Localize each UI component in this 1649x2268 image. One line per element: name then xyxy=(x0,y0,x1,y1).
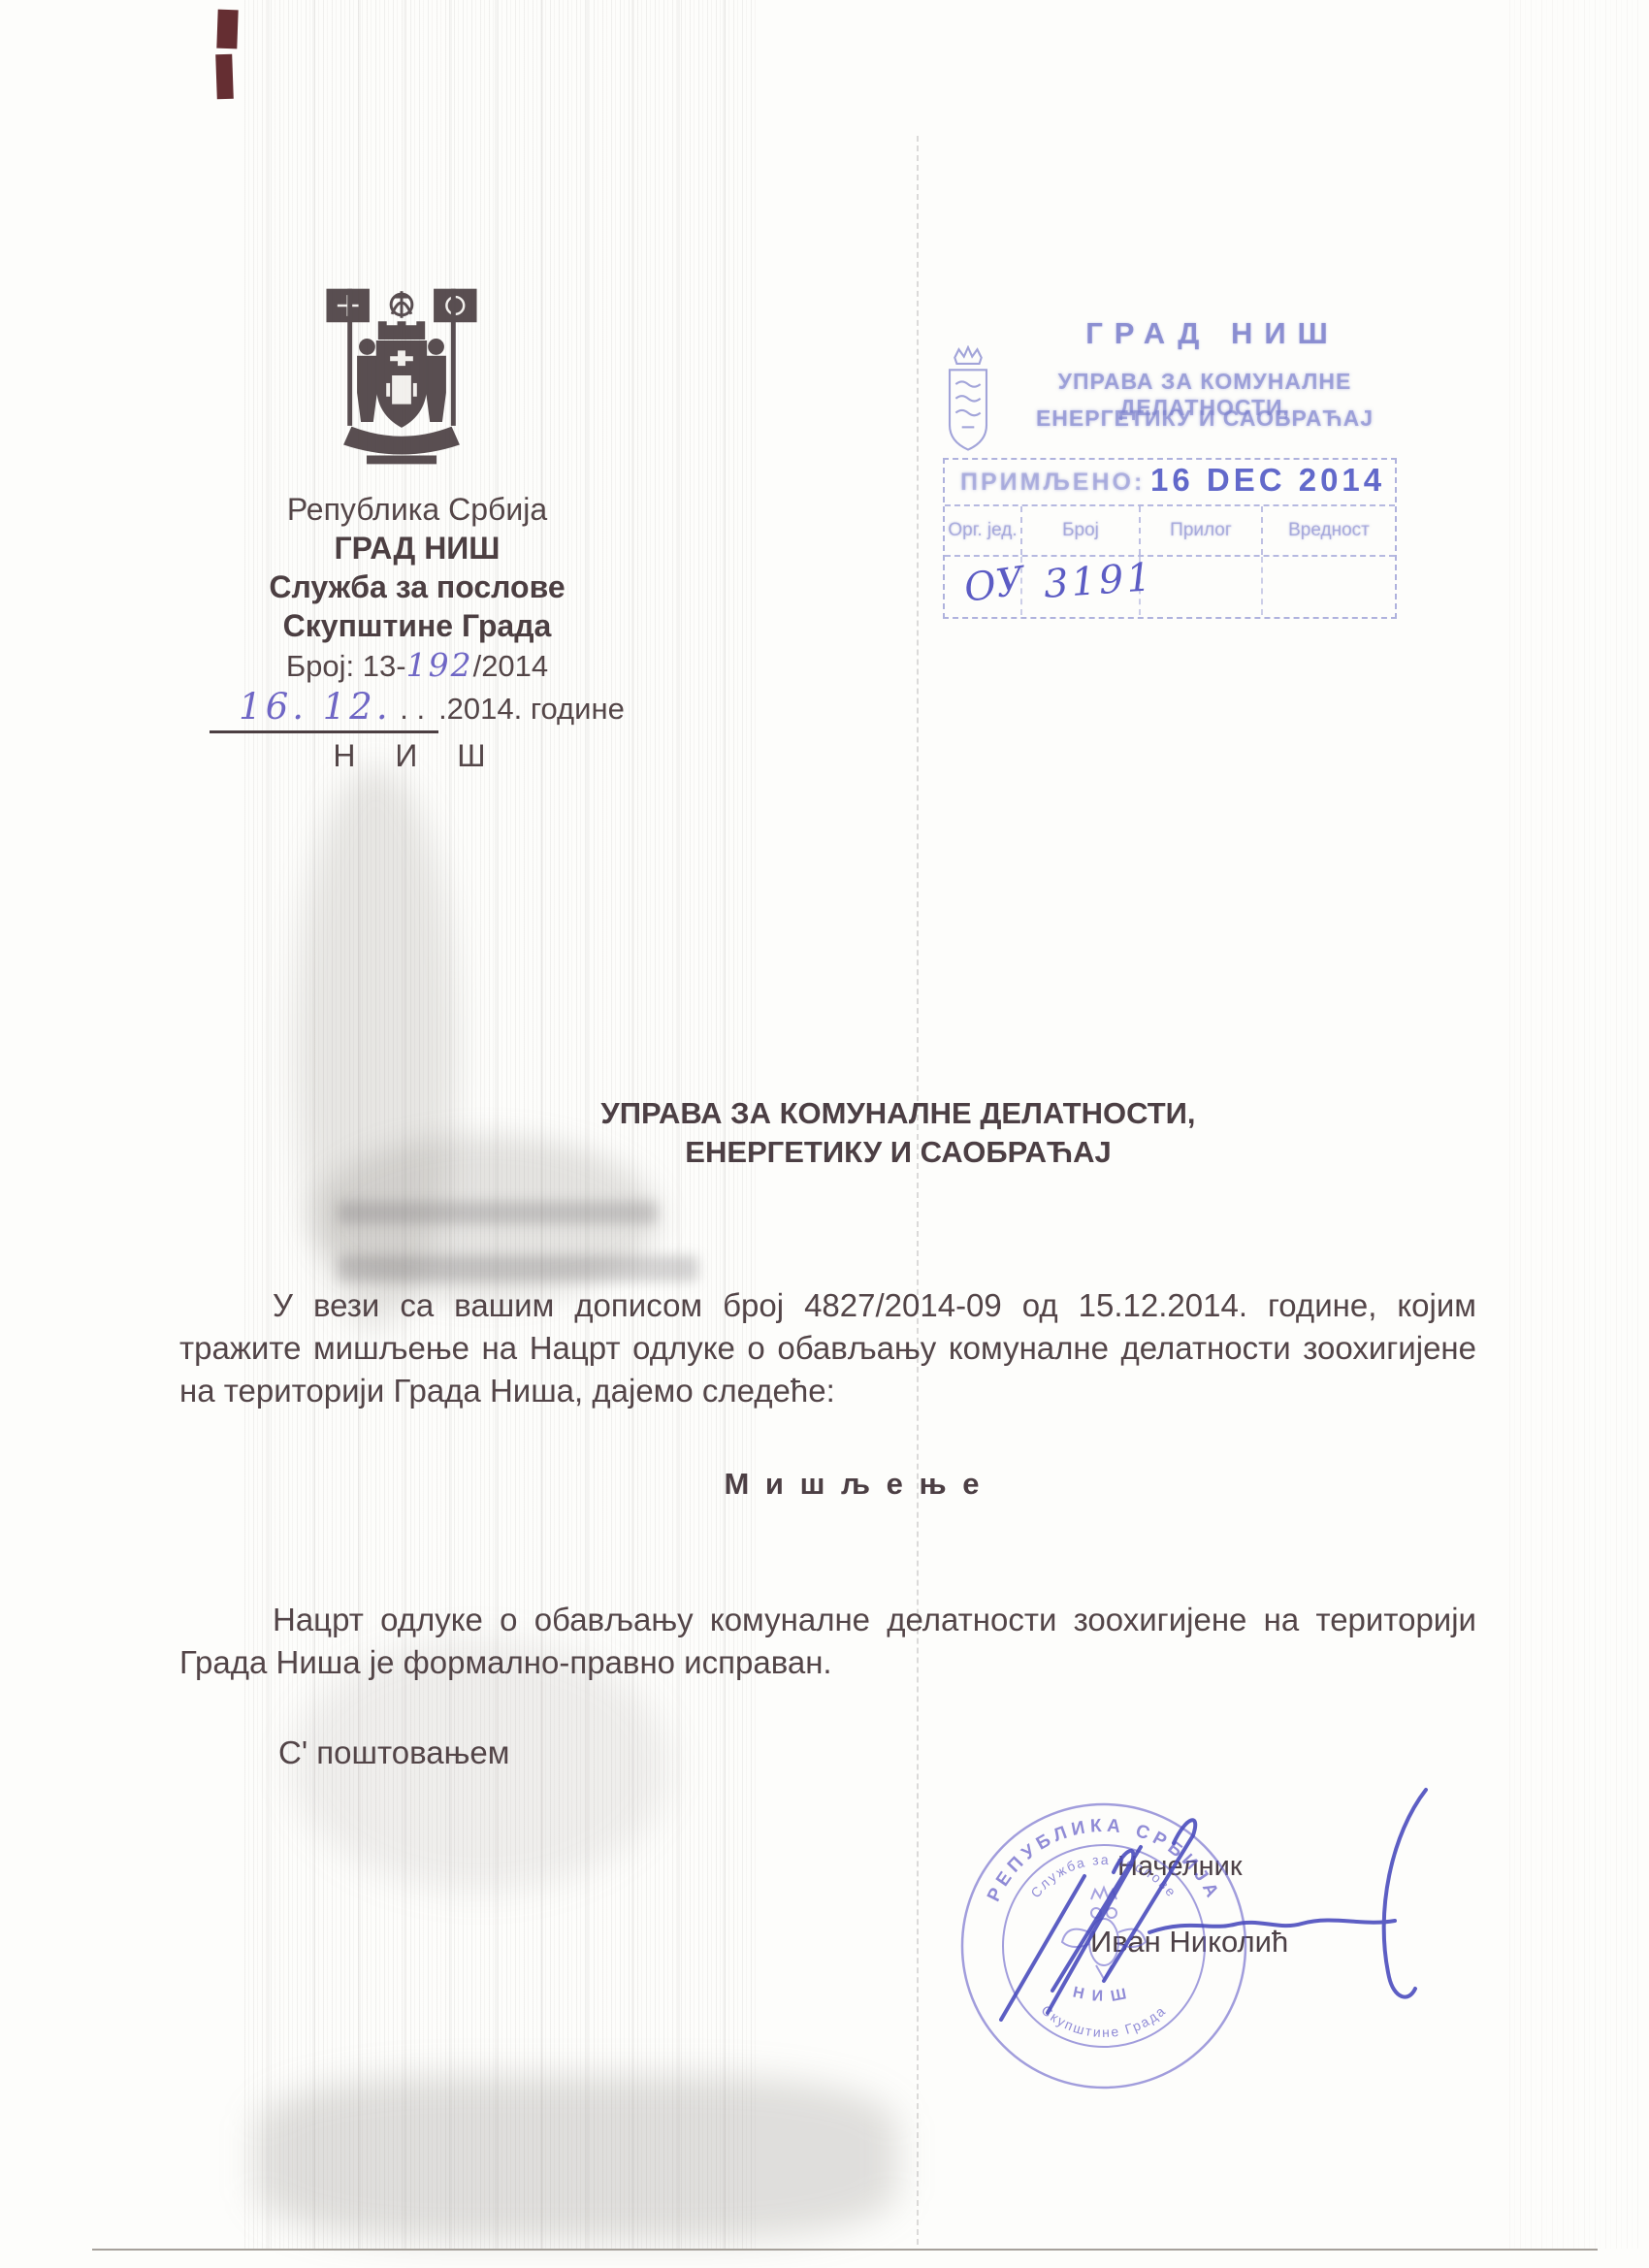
date-suffix: .2014. године xyxy=(438,692,625,726)
ghost-text-artifact xyxy=(338,1201,658,1224)
scan-noise-band-right xyxy=(1509,0,1639,2249)
receipt-stamp-dept2: ЕНЕРГЕТИКУ И САОБРАЋАЈ xyxy=(991,405,1418,432)
receipt-stamp-table: ПРИМЉЕНО: 16 DEC 2014 Орг. јед. Број При… xyxy=(943,458,1397,619)
scanned-letter-page: Република Србија ГРАД НИШ Служба за посл… xyxy=(0,0,1649,2268)
date-dots: . . xyxy=(392,692,425,726)
letterhead-country: Република Србија xyxy=(204,490,630,529)
number-handwritten: 192 xyxy=(406,646,473,684)
number-prefix: Број: 13- xyxy=(286,649,406,683)
serbia-crest-icon xyxy=(937,345,999,458)
recipient-line1: УПРАВА ЗА КОМУНАЛНЕ ДЕЛАТНОСТИ, xyxy=(320,1094,1476,1133)
paper-bottom-edge xyxy=(92,2249,1598,2251)
pen-signature xyxy=(951,1766,1455,2057)
letterhead-office-line1: Служба за послове xyxy=(204,567,630,606)
letterhead-place: Н И Ш xyxy=(204,736,630,775)
scan-smudge xyxy=(296,766,456,1329)
handwritten-number-value: 3191 xyxy=(1043,555,1156,607)
column-header-attachment: Прилог xyxy=(1141,506,1263,555)
received-date-stamp: 16 DEC 2014 xyxy=(1150,462,1385,499)
scan-fold-line xyxy=(917,136,919,2245)
date-handwritten: 16. 12. xyxy=(239,686,391,728)
received-label: ПРИМЉЕНО: xyxy=(960,469,1145,497)
ghost-text-artifact xyxy=(338,1255,698,1281)
recipient-line2: ЕНЕРГЕТИКУ И САОБРАЋАЈ xyxy=(320,1133,1476,1172)
receipt-stamp-value-row: ОУ 3191 xyxy=(945,557,1395,615)
receipt-stamp-title: ГРАД НИШ xyxy=(1038,316,1387,351)
letterhead-date-line: 16. 12. . ..2014. године xyxy=(204,688,630,733)
corner-ink-mark xyxy=(216,10,238,49)
scan-smudge xyxy=(257,2076,897,2241)
value-cell-attachment xyxy=(1141,557,1263,615)
column-header-number: Број xyxy=(1022,506,1141,555)
date-underline: 16. 12. . . xyxy=(210,688,438,733)
nis-coat-of-arms-icon xyxy=(325,283,478,475)
recipient-heading: УПРАВА ЗА КОМУНАЛНЕ ДЕЛАТНОСТИ, ЕНЕРГЕТИ… xyxy=(320,1094,1476,1172)
column-header-value: Вредност xyxy=(1263,506,1395,555)
opinion-title: М и ш љ е њ е xyxy=(320,1467,1387,1502)
body-paragraph-2: Нацрт одлуке о обављању комуналне делатн… xyxy=(179,1599,1476,1684)
letterhead: Република Србија ГРАД НИШ Служба за посл… xyxy=(204,490,630,775)
letterhead-city: ГРАД НИШ xyxy=(204,529,630,567)
body-paragraph-1: У вези са вашим дописом број 4827/2014-0… xyxy=(179,1284,1476,1412)
letterhead-office-line2: Скупштине Града xyxy=(204,606,630,645)
handwritten-org-value: ОУ xyxy=(961,559,1027,611)
closing-salutation: С' поштовањем xyxy=(278,1734,509,1771)
number-suffix: /2014 xyxy=(473,649,549,683)
corner-ink-mark xyxy=(215,54,234,100)
receipt-stamp-row-received: ПРИМЉЕНО: 16 DEC 2014 xyxy=(945,460,1395,506)
receipt-stamp-header-row: Орг. јед. Број Прилог Вредност xyxy=(945,506,1395,557)
letterhead-number: Број: 13-192/2014 xyxy=(204,646,630,686)
column-header-org: Орг. јед. xyxy=(945,506,1022,555)
